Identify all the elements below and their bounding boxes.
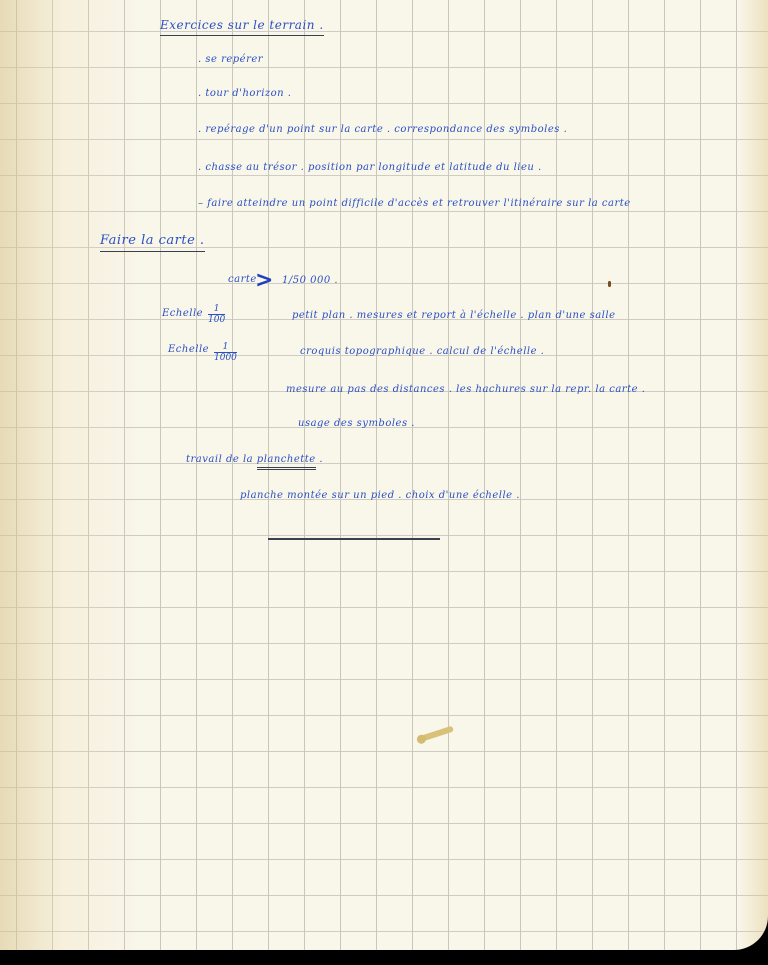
item-se-reperer: . se repérer [198, 54, 263, 65]
item-chasse-tresor: . chasse au trésor . position par longit… [198, 162, 542, 173]
carte-label: carte [228, 274, 257, 285]
scale1-fraction: 1 100 [208, 304, 225, 325]
section3-title: travail de la planchette . [186, 454, 323, 465]
scale1-num: 1 [208, 304, 225, 315]
notebook-page: Exercices sur le terrain . . se repérer … [0, 0, 768, 950]
section2-title: Faire la carte . [100, 233, 205, 252]
section1-title: Exercices sur le terrain . [160, 18, 324, 36]
scale2-text: croquis topographique . calcul de l'éche… [300, 346, 544, 357]
scale1-label: Echelle [162, 308, 203, 319]
scale1-text: petit plan . mesures et report à l'échel… [292, 310, 616, 321]
ink-speck [608, 281, 611, 287]
scale2-fraction: 1 1000 [214, 342, 237, 363]
scale2-label: Echelle [168, 344, 209, 355]
planchette-detail: planche montée sur un pied . choix d'une… [240, 490, 520, 501]
item-reperage: . repérage d'un point sur la carte . cor… [198, 124, 567, 135]
scale2-num: 1 [214, 342, 237, 353]
item-tour-horizon: . tour d'horizon . [198, 88, 291, 99]
mesure-line: mesure au pas des distances . les hachur… [286, 384, 645, 395]
carte-scale: 1/50 000 . [282, 275, 338, 286]
stain-mark [418, 726, 454, 743]
arrow-icon: > [255, 268, 273, 293]
symboles-line: usage des symboles . [298, 418, 415, 429]
item-itineraire: – faire atteindre un point difficile d'a… [198, 198, 631, 209]
section3-prefix: travail de la [186, 454, 253, 465]
section3-suffix: . [316, 454, 323, 465]
scale1-den: 100 [208, 315, 225, 325]
section3-planchette: planchette [257, 454, 316, 470]
scale2-den: 1000 [214, 353, 237, 363]
end-rule [268, 538, 440, 540]
